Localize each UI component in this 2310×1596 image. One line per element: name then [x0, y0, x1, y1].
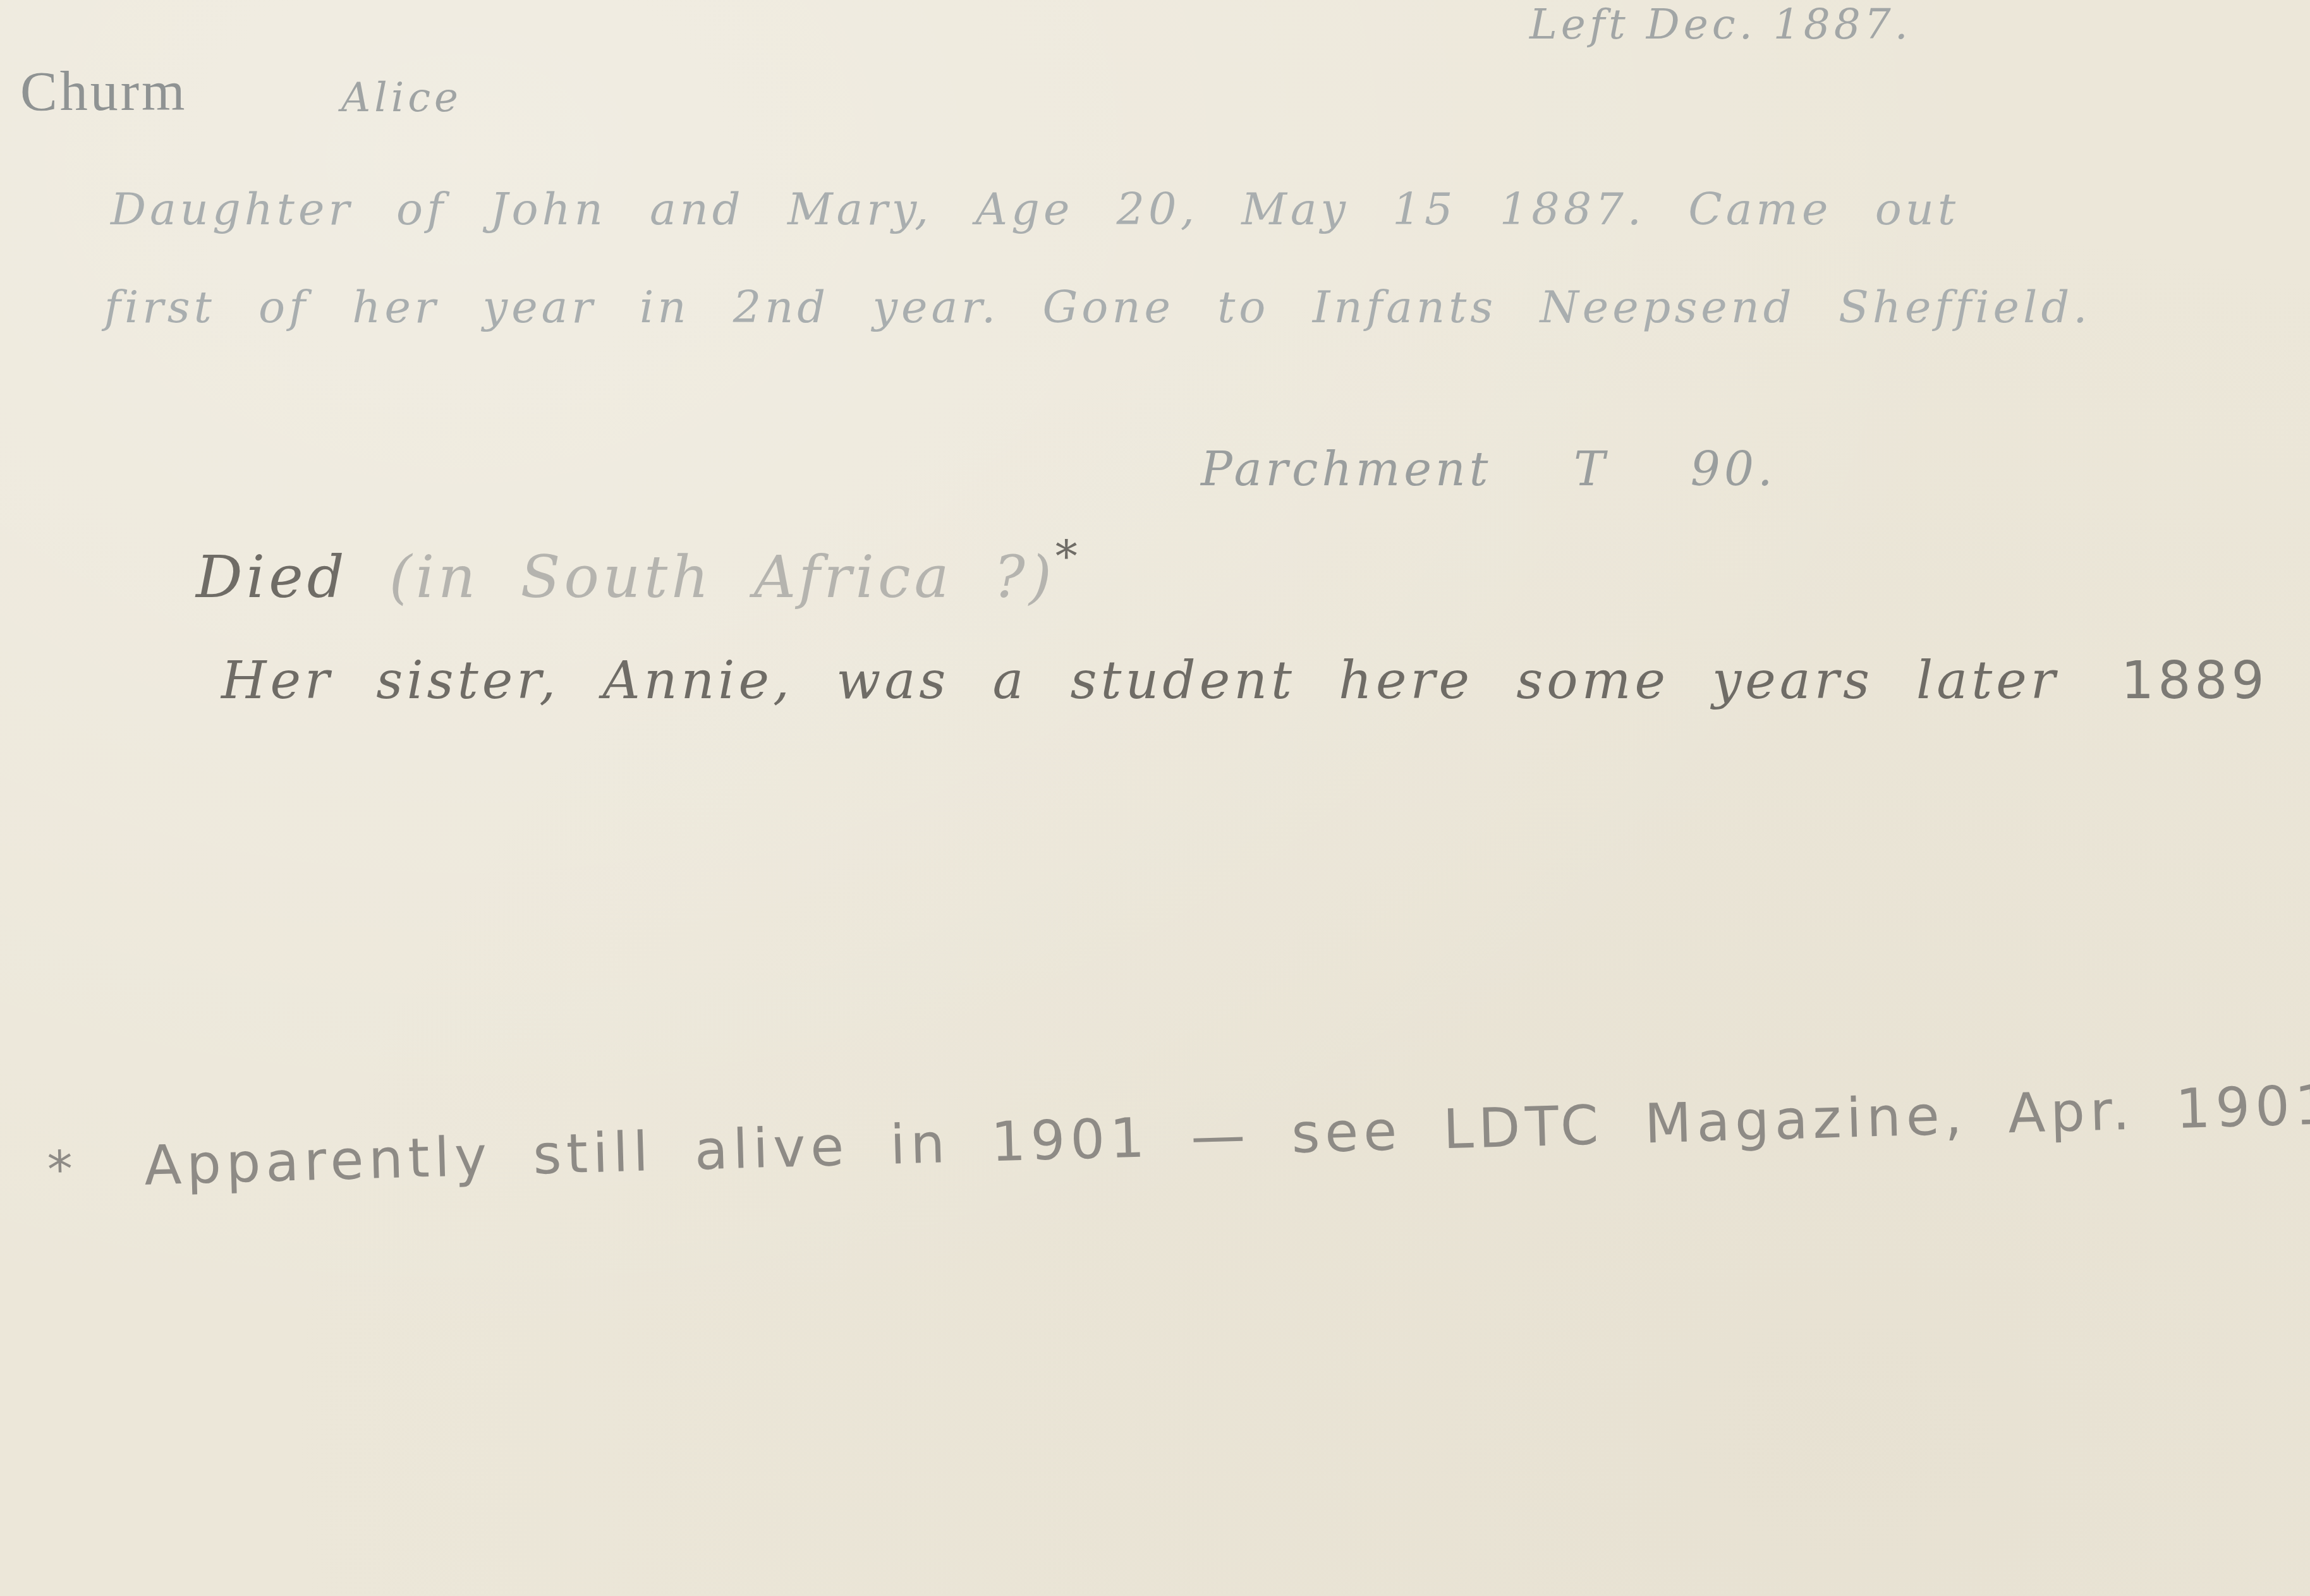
sister-note: Her sister, Annie, was a student here so…: [221, 651, 2268, 711]
died-note: Died (in South Africa ?)*: [196, 543, 1081, 611]
footnote-asterisk: *: [47, 1140, 79, 1199]
sister-text: Her sister, Annie, was a student here so…: [221, 651, 2059, 711]
description-line-2: first of her year in 2nd year. Gone to I…: [104, 281, 2091, 333]
record-card: Churm Alice Left Dec. 1887. Daughter of …: [0, 0, 2310, 1596]
died-text: Died: [196, 543, 348, 611]
left-date-note: Left Dec. 1887.: [1529, 0, 1912, 49]
died-location-query: (in South Africa ?): [389, 543, 1055, 611]
sister-year: 1889: [2121, 651, 2268, 711]
footnote: * Apparently still alive in 1901 — see L…: [47, 1069, 2310, 1200]
certificate-value: T 90.: [1574, 442, 1777, 497]
asterisk-marker: *: [1055, 531, 1081, 583]
certificate-label: Parchment: [1201, 442, 1492, 497]
surname: Churm: [20, 60, 187, 124]
footnote-text: Apparently still alive in 1901 — see LDT…: [143, 1069, 2310, 1198]
certificate-entry: Parchment T 90.: [1201, 442, 1777, 497]
forename: Alice: [341, 75, 462, 121]
description-line-1: Daughter of John and Mary, Age 20, May 1…: [111, 183, 1959, 235]
